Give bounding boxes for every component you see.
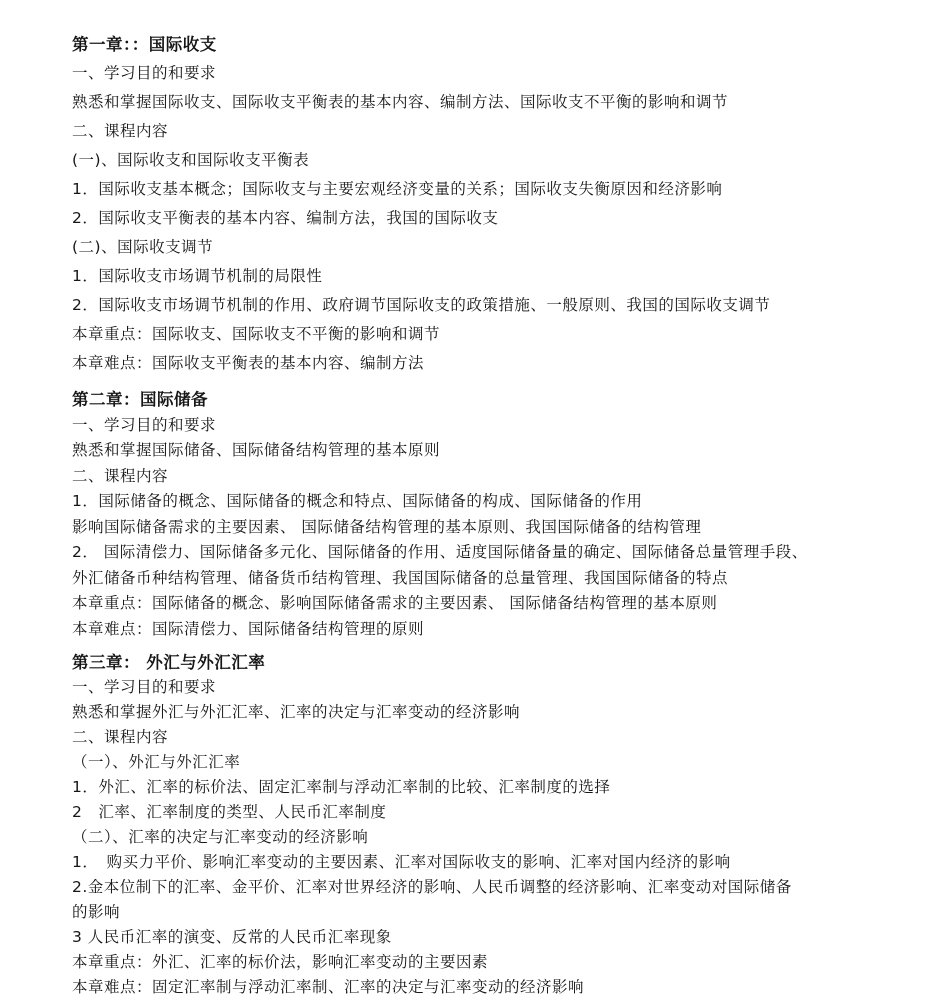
document-line: 二、课程内容 [72, 725, 870, 750]
chapter-2-heading: 第二章：国际储备 [72, 387, 870, 413]
document-line: 2 汇率、汇率制度的类型、人民币汇率制度 [72, 800, 870, 825]
chapter-2-body: 一、学习目的和要求熟悉和掌握国际储备、国际储备结构管理的基本原则二、课程内容1．… [72, 413, 870, 643]
document-line: 本章难点：固定汇率制与浮动汇率制、汇率的决定与汇率变动的经济影响 [72, 975, 870, 1000]
chapter-1-section: 第一章：：国际收支 一、学习目的和要求熟悉和掌握国际收支、国际收支平衡表的基本内… [72, 30, 870, 378]
chapter-3-body: 一、学习目的和要求熟悉和掌握外汇与外汇汇率、汇率的决定与汇率变动的经济影响二、课… [72, 675, 870, 1000]
document-line: 1．国际收支基本概念；国际收支与主要宏观经济变量的关系；国际收支失衡原因和经济影… [72, 175, 870, 204]
document-line: 熟悉和掌握国际收支、国际收支平衡表的基本内容、编制方法、国际收支不平衡的影响和调… [72, 88, 870, 117]
document-line: (二)、国际收支调节 [72, 233, 870, 262]
document-line: 本章重点：外汇、汇率的标价法，影响汇率变动的主要因素 [72, 950, 870, 975]
document-line: 影响国际储备需求的主要因素、 国际储备结构管理的基本原则、我国国际储备的结构管理 [72, 515, 870, 541]
document-line: 的影响 [72, 900, 870, 925]
chapter-3-heading: 第三章： 外汇与外汇汇率 [72, 650, 870, 675]
document-line: 本章重点：国际收支、国际收支不平衡的影响和调节 [72, 320, 870, 349]
document-line: 二、课程内容 [72, 117, 870, 146]
document-line: 1．国际储备的概念、国际储备的概念和特点、国际储备的构成、国际储备的作用 [72, 489, 870, 515]
document-line: 本章难点：国际清偿力、国际储备结构管理的原则 [72, 617, 870, 643]
chapter-3-section: 第三章： 外汇与外汇汇率 一、学习目的和要求熟悉和掌握外汇与外汇汇率、汇率的决定… [72, 650, 870, 1000]
document-line: （二）、汇率的决定与汇率变动的经济影响 [72, 825, 870, 850]
document-line: 外汇储备币种结构管理、储备货币结构管理、我国国际储备的总量管理、我国国际储备的特… [72, 566, 870, 592]
document-line: 3 人民币汇率的演变、反常的人民币汇率现象 [72, 925, 870, 950]
document-line: 1． 购买力平价、影响汇率变动的主要因素、汇率对国际收支的影响、汇率对国内经济的… [72, 850, 870, 875]
document-line: 1．外汇、汇率的标价法、固定汇率制与浮动汇率制的比较、汇率制度的选择 [72, 775, 870, 800]
document-line: 2． 国际清偿力、国际储备多元化、国际储备的作用、适度国际储备量的确定、国际储备… [72, 540, 870, 566]
document-line: 本章难点：国际收支平衡表的基本内容、编制方法 [72, 349, 870, 378]
document-page: 第一章：：国际收支 一、学习目的和要求熟悉和掌握国际收支、国际收支平衡表的基本内… [0, 0, 925, 1001]
chapter-1-body: 一、学习目的和要求熟悉和掌握国际收支、国际收支平衡表的基本内容、编制方法、国际收… [72, 59, 870, 378]
document-line: 2.金本位制下的汇率、金平价、汇率对世界经济的影响、人民币调整的经济影响、汇率变… [72, 875, 870, 900]
chapter-2-section: 第二章：国际储备 一、学习目的和要求熟悉和掌握国际储备、国际储备结构管理的基本原… [72, 387, 870, 642]
document-line: 一、学习目的和要求 [72, 59, 870, 88]
document-line: 熟悉和掌握国际储备、国际储备结构管理的基本原则 [72, 438, 870, 464]
document-line: 2．国际收支市场调节机制的作用、政府调节国际收支的政策措施、一般原则、我国的国际… [72, 291, 870, 320]
chapter-1-heading: 第一章：：国际收支 [72, 30, 870, 59]
document-line: 二、课程内容 [72, 464, 870, 490]
document-line: 一、学习目的和要求 [72, 413, 870, 439]
document-line: （一）、外汇与外汇汇率 [72, 750, 870, 775]
document-line: (一)、国际收支和国际收支平衡表 [72, 146, 870, 175]
document-line: 熟悉和掌握外汇与外汇汇率、汇率的决定与汇率变动的经济影响 [72, 700, 870, 725]
document-line: 本章重点：国际储备的概念、影响国际储备需求的主要因素、 国际储备结构管理的基本原… [72, 591, 870, 617]
document-line: 一、学习目的和要求 [72, 675, 870, 700]
document-line: 2．国际收支平衡表的基本内容、编制方法，我国的国际收支 [72, 204, 870, 233]
document-line: 1．国际收支市场调节机制的局限性 [72, 262, 870, 291]
